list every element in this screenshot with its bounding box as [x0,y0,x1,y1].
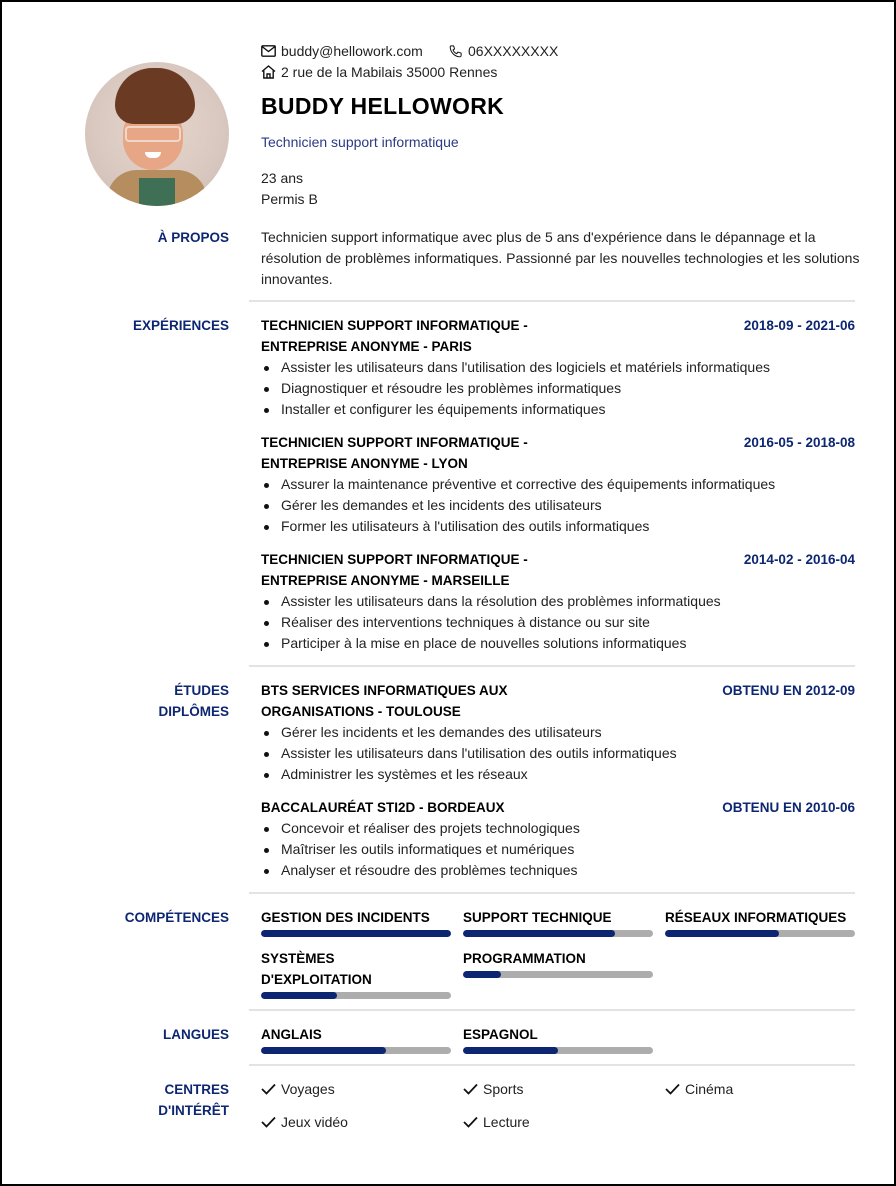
divider [249,665,855,667]
education-date: OBTENU EN 2012-09 [722,680,855,701]
bullet-item: Participer à la mise en place de nouvell… [261,633,721,654]
bullet-item: Assister les utilisateurs dans la résolu… [261,591,721,612]
check-icon [463,1116,478,1128]
interest-item: Cinéma [665,1081,733,1097]
envelope-icon [261,45,276,57]
education-title: BTS SERVICES INFORMATIQUES AUX [261,680,508,701]
skill-name: D'EXPLOITATION [261,969,451,990]
interest-text: Voyages [281,1081,335,1097]
section-label-about: À PROPOS [158,227,229,248]
bullet-item: Gérer les incidents et les demandes des … [261,722,677,743]
experience-company: ENTREPRISE ANONYME - PARIS [261,336,472,357]
experience-title: TECHNICIEN SUPPORT INFORMATIQUE - [261,432,528,453]
experience-title: TECHNICIEN SUPPORT INFORMATIQUE - [261,315,528,336]
experience-bullets: Assister les utilisateurs dans la résolu… [261,591,721,654]
skill-level-bar [261,992,451,999]
divider [249,1009,855,1011]
interest-text: Cinéma [685,1081,733,1097]
check-icon [665,1083,680,1095]
section-label-experiences: EXPÉRIENCES [133,315,229,336]
experience-bullets: Assurer la maintenance préventive et cor… [261,474,775,537]
phone-text: 06XXXXXXXX [468,43,558,59]
job-title: Technicien support informatique [261,134,459,150]
skill-name: SYSTÈMES [261,948,451,969]
phone-icon [448,44,463,59]
skill-item: RÉSEAUX INFORMATIQUES [665,907,855,937]
candidate-name: BUDDY HELLOWORK [261,93,504,120]
interest-item: Lecture [463,1114,530,1130]
skill-name: PROGRAMMATION [463,948,653,969]
divider [249,300,855,302]
skill-item: GESTION DES INCIDENTS [261,907,451,937]
experience-date: 2016-05 - 2018-08 [744,432,855,453]
bullet-item: Maîtriser les outils informatiques et nu… [261,839,580,860]
skill-item: SUPPORT TECHNIQUE [463,907,653,937]
experience-title: TECHNICIEN SUPPORT INFORMATIQUE - [261,549,528,570]
language-name: ESPAGNOL [463,1024,653,1045]
profile-photo [85,62,229,206]
interest-text: Lecture [483,1114,530,1130]
skill-name: SUPPORT TECHNIQUE [463,907,653,928]
bullet-item: Administrer les systèmes et les réseaux [261,764,677,785]
experience-date: 2014-02 - 2016-04 [744,549,855,570]
language-level-bar [261,1047,451,1054]
bullet-item: Réaliser des interventions techniques à … [261,612,721,633]
skill-level-bar [463,971,653,978]
check-icon [463,1083,478,1095]
home-icon [261,65,276,79]
bullet-item: Diagnostiquer et résoudre les problèmes … [261,378,770,399]
skill-level-bar [463,930,653,937]
skill-level-bar [665,930,855,937]
language-name: ANGLAIS [261,1024,451,1045]
interest-text: Sports [483,1081,523,1097]
section-label-interests: CENTRES D'INTÉRÊT [158,1079,229,1121]
section-label-education: ÉTUDES DIPLÔMES [158,680,229,722]
driving-license: Permis B [261,191,318,207]
check-icon [261,1083,276,1095]
bullet-item: Assister les utilisateurs dans l'utilisa… [261,357,770,378]
bullet-item: Former les utilisateurs à l'utilisation … [261,516,775,537]
label-line: D'INTÉRÊT [158,1100,229,1121]
bullet-item: Installer et configurer les équipements … [261,399,770,420]
contact-address: 2 rue de la Mabilais 35000 Rennes [261,64,497,80]
contact-email: buddy@hellowork.com [261,43,423,59]
education-date: OBTENU EN 2010-06 [722,797,855,818]
skill-item: SYSTÈMES D'EXPLOITATION [261,948,451,999]
skill-item: PROGRAMMATION [463,948,653,978]
divider [249,892,855,894]
label-line: DIPLÔMES [158,701,229,722]
bullet-item: Analyser et résoudre des problèmes techn… [261,860,580,881]
address-text: 2 rue de la Mabilais 35000 Rennes [281,64,497,80]
label-line: ÉTUDES [158,680,229,701]
interest-item: Voyages [261,1081,335,1097]
education-bullets: Gérer les incidents et les demandes des … [261,722,677,785]
bullet-item: Assister les utilisateurs dans l'utilisa… [261,743,677,764]
interest-item: Sports [463,1081,523,1097]
age: 23 ans [261,170,303,186]
language-item: ESPAGNOL [463,1024,653,1054]
education-school: ORGANISATIONS - TOULOUSE [261,701,461,722]
bullet-item: Assurer la maintenance préventive et cor… [261,474,775,495]
divider [249,1064,855,1066]
contact-phone: 06XXXXXXXX [448,43,558,59]
interest-text: Jeux vidéo [281,1114,348,1130]
skill-name: GESTION DES INCIDENTS [261,907,451,928]
label-line: CENTRES [158,1079,229,1100]
check-icon [261,1116,276,1128]
experience-company: ENTREPRISE ANONYME - MARSEILLE [261,570,510,591]
language-level-bar [463,1047,653,1054]
section-label-languages: LANGUES [163,1024,229,1045]
experience-date: 2018-09 - 2021-06 [744,315,855,336]
education-title: BACCALAURÉAT STI2D - BORDEAUX [261,797,505,818]
about-text: Technicien support informatique avec plu… [261,227,861,290]
bullet-item: Gérer les demandes et les incidents des … [261,495,775,516]
experience-bullets: Assister les utilisateurs dans l'utilisa… [261,357,770,420]
language-item: ANGLAIS [261,1024,451,1054]
bullet-item: Concevoir et réaliser des projets techno… [261,818,580,839]
skill-level-bar [261,930,451,937]
experience-company: ENTREPRISE ANONYME - LYON [261,453,468,474]
email-text: buddy@hellowork.com [281,43,423,59]
interest-item: Jeux vidéo [261,1114,348,1130]
section-label-skills: COMPÉTENCES [125,907,229,928]
education-bullets: Concevoir et réaliser des projets techno… [261,818,580,881]
skill-name: RÉSEAUX INFORMATIQUES [665,907,855,928]
